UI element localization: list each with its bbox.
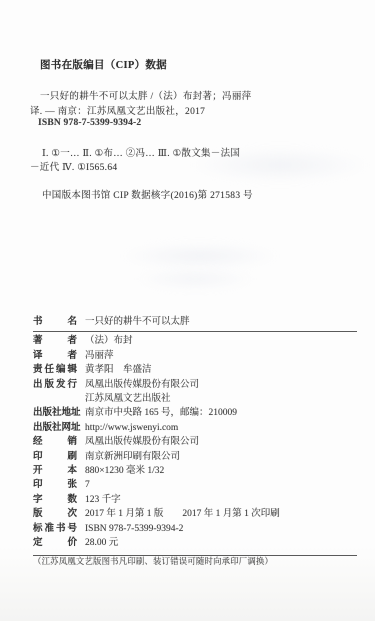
- colophon-row-label: 出版发行: [33, 378, 77, 392]
- colophon-row-isbn: 标准书号ISBN 978-7-5399-9394-2: [33, 522, 359, 536]
- scanned-copyright-page: 图书在版编目（CIP）数据 一只好的耕牛不可以太胖 /（法）布封著；冯丽萍 译.…: [0, 0, 375, 621]
- colophon-row-value: 南京市中央路 165 号，邮编：210009: [85, 408, 237, 418]
- cip-description-line-1: 一只好的耕牛不可以太胖 /（法）布封著；冯丽萍: [40, 88, 251, 102]
- colophon-row-label: 出版社网址: [33, 421, 77, 435]
- divider-rule-top: [33, 331, 357, 332]
- colophon-row-label: 出版社地址: [33, 406, 77, 420]
- colophon-row-printer: 印刷南京新洲印刷有限公司: [33, 450, 359, 464]
- colophon-row-value: 880×1230 毫米 1/32: [85, 466, 164, 476]
- colophon-row-author: 著者（法）布封: [33, 334, 359, 348]
- colophon-row-label: 译者: [33, 349, 77, 363]
- exchange-notice: （江苏凤凰文艺版图书凡印刷、装订错误可随时向承印厂调换）: [33, 555, 273, 567]
- colophon-row-value: 凤凰出版传媒股份有限公司: [85, 380, 199, 390]
- bleed-through-artifact: [195, 148, 365, 182]
- colophon-row-value: 123 千字: [85, 495, 121, 505]
- colophon-row-value: 南京新洲印刷有限公司: [85, 452, 180, 462]
- colophon-row-label: 印张: [33, 478, 77, 492]
- colophon-row-value: 一只好的耕牛不可以太胖: [85, 317, 190, 327]
- colophon-row-value: （法）布封: [85, 336, 133, 346]
- cip-description-line-2: 译. — 南京：江苏凤凰文艺出版社，2017: [30, 103, 205, 117]
- colophon-row-translator: 译者冯丽萍: [33, 349, 359, 363]
- colophon-row-value: 2017 年 1 月第 1 版 2017 年 1 月第 1 次印刷: [85, 509, 280, 519]
- colophon-row-label: 著者: [33, 334, 77, 348]
- colophon-row-value: 7: [85, 480, 90, 490]
- cip-record-number: 中国版本图书馆 CIP 数据核字(2016)第 271583 号: [42, 187, 253, 201]
- colophon-row-value: 冯丽萍: [85, 351, 114, 361]
- cip-classification-line-2: －近代 Ⅳ. ①I565.64: [30, 159, 117, 173]
- colophon-row-label: 经销: [33, 435, 77, 449]
- colophon-row-publisher: 出版发行凤凰出版传媒股份有限公司: [33, 378, 359, 392]
- colophon-row-editor: 责任编辑黄孝阳 牟盛洁: [33, 363, 359, 377]
- colophon-row-value: 28.00 元: [85, 538, 118, 548]
- colophon-row-title: 书名一只好的耕牛不可以太胖: [33, 315, 359, 329]
- colophon-row-label: 标准书号: [33, 522, 77, 536]
- colophon-row-wordcount: 字数123 千字: [33, 493, 359, 507]
- colophon-row-price: 定价28.00 元: [33, 536, 359, 550]
- colophon-row-value: ISBN 978-7-5399-9394-2: [85, 524, 183, 534]
- colophon-row-address: 出版社地址南京市中央路 165 号，邮编：210009: [33, 406, 359, 420]
- colophon-row-label: 书名: [33, 315, 77, 329]
- colophon-row-sheets: 印张7: [33, 478, 359, 492]
- colophon-row-value: 江苏凤凰文艺出版社: [85, 394, 171, 404]
- cip-isbn: ISBN 978-7-5399-9394-2: [38, 118, 141, 128]
- colophon-row-label: 印刷: [33, 450, 77, 464]
- colophon-row-format: 开本880×1230 毫米 1/32: [33, 464, 359, 478]
- colophon-row-label: 版次: [33, 507, 77, 521]
- cip-header: 图书在版编目（CIP）数据: [40, 57, 167, 72]
- colophon-row-publisher-cont: 江苏凤凰文艺出版社: [33, 392, 359, 406]
- colophon-row-value: 凤凰出版传媒股份有限公司: [85, 437, 199, 447]
- bleed-through-artifact: [138, 268, 253, 290]
- colophon-row-label: 字数: [33, 493, 77, 507]
- colophon-row-value: 黄孝阳 牟盛洁: [85, 365, 152, 375]
- colophon-row-label: 定价: [33, 536, 77, 550]
- colophon-row-edition: 版次2017 年 1 月第 1 版 2017 年 1 月第 1 次印刷: [33, 507, 359, 521]
- colophon-row-label: 责任编辑: [33, 363, 77, 377]
- colophon-row-value: http://www.jswenyi.com: [85, 423, 178, 433]
- colophon-row-website: 出版社网址http://www.jswenyi.com: [33, 421, 359, 435]
- colophon-row-label: 开本: [33, 464, 77, 478]
- colophon-table: 书名一只好的耕牛不可以太胖 著者（法）布封 译者冯丽萍 责任编辑黄孝阳 牟盛洁 …: [33, 315, 359, 558]
- bleed-through-artifact: [125, 243, 275, 269]
- colophon-row-distributor: 经销凤凰出版传媒股份有限公司: [33, 435, 359, 449]
